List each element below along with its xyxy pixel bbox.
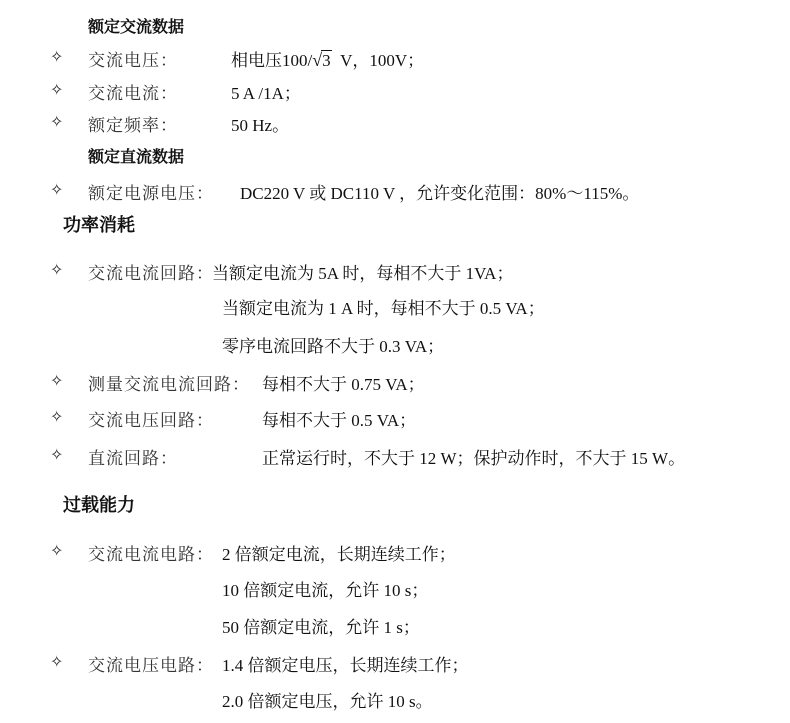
overload-ac-voltage-line-2: 2.0 倍额定电压，允许 10 s。 — [222, 687, 433, 712]
ac-current-circuit-line-1: 当额定电流为 5A 时，每相不大于 1VA； — [212, 259, 513, 284]
diamond-bullet-icon: ✧ — [50, 652, 63, 671]
overload-ac-current-line-3: 50 倍额定电流，允许 1 s； — [222, 613, 420, 638]
ac-voltage-value: 相电压100/√3 V，100V； — [231, 46, 424, 71]
rated-supply-voltage-label: 额定电源电压： — [88, 179, 214, 204]
measure-ac-current-circuit-label: 测量交流电流回路： — [88, 370, 250, 395]
overload-ac-current-line-1: 2 倍额定电流，长期连续工作； — [222, 540, 456, 565]
power-consumption-heading: 功率消耗 — [63, 211, 135, 237]
diamond-bullet-icon: ✧ — [50, 407, 63, 426]
rated-frequency-value: 50 Hz。 — [231, 111, 289, 136]
rated-frequency-label: 额定频率： — [88, 111, 178, 136]
ac-current-circuit-line-2: 当额定电流为 1 A 时，每相不大于 0.5 VA； — [222, 294, 545, 319]
sqrt-operand: 3 — [321, 50, 332, 70]
diamond-bullet-icon: ✧ — [50, 180, 63, 199]
ac-voltage-label: 交流电压： — [88, 46, 178, 71]
measure-ac-current-circuit-value: 每相不大于 0.75 VA； — [262, 370, 425, 395]
ac-current-value: 5 A /1A； — [231, 79, 301, 104]
overload-ac-current-label: 交流电流电路： — [88, 540, 214, 565]
diamond-bullet-icon: ✧ — [50, 260, 63, 279]
ac-voltage-value-prefix: 相电压100/ — [231, 51, 312, 70]
ac-current-label: 交流电流： — [88, 79, 178, 104]
overload-ac-voltage-label: 交流电压电路： — [88, 651, 214, 676]
overload-heading: 过载能力 — [63, 491, 135, 517]
diamond-bullet-icon: ✧ — [50, 445, 63, 464]
ac-voltage-circuit-value: 每相不大于 0.5 VA； — [262, 406, 416, 431]
sqrt-expression: √3 — [312, 50, 331, 71]
rated-supply-voltage-value: DC220 V 或 DC110 V ，允许变化范围：80%～115%。 — [240, 179, 639, 204]
dc-rated-heading: 额定直流数据 — [88, 144, 184, 167]
diamond-bullet-icon: ✧ — [50, 47, 63, 66]
diamond-bullet-icon: ✧ — [50, 541, 63, 560]
dc-circuit-label: 直流回路： — [88, 444, 178, 469]
overload-ac-current-line-2: 10 倍额定电流，允许 10 s； — [222, 576, 428, 601]
ac-voltage-circuit-label: 交流电压回路： — [88, 406, 214, 431]
dc-circuit-value: 正常运行时，不大于 12 W；保护动作时，不大于 15 W。 — [262, 444, 685, 469]
diamond-bullet-icon: ✧ — [50, 112, 63, 131]
diamond-bullet-icon: ✧ — [50, 80, 63, 99]
ac-voltage-value-suffix: V，100V； — [332, 51, 425, 70]
ac-current-circuit-label: 交流电流回路： — [88, 259, 214, 284]
overload-ac-voltage-line-1: 1.4 倍额定电压，长期连续工作； — [222, 651, 469, 676]
ac-current-circuit-line-3: 零序电流回路不大于 0.3 VA； — [222, 332, 444, 357]
ac-rated-heading: 额定交流数据 — [88, 14, 184, 37]
diamond-bullet-icon: ✧ — [50, 371, 63, 390]
